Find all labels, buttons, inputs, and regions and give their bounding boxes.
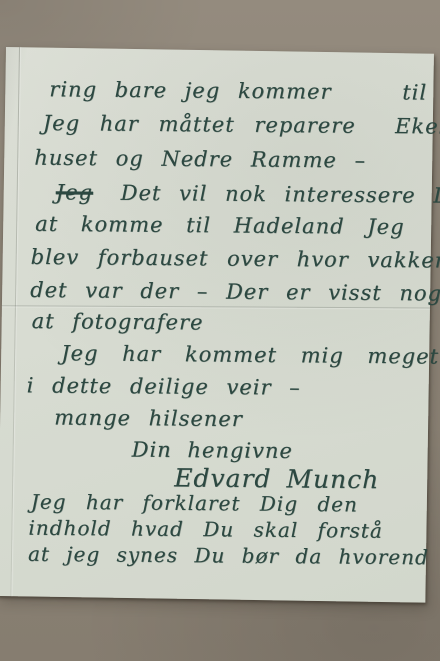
handwriting-text: Jeg har måttet reparere Ekely (43, 111, 440, 139)
handwriting-text: Edvard Munch (174, 463, 379, 494)
handwriting-line: at fotografere (32, 309, 204, 335)
handwriting-text: huset og Nedre Ramme – (34, 146, 366, 173)
handwriting-text: mange hilsener (54, 405, 243, 431)
handwriting-text: Jeg har forklaret Dig den (31, 490, 358, 517)
handwriting-line: at jeg synes Du bør da hvorend (28, 543, 429, 569)
handwriting-text: at fotografere (32, 309, 204, 334)
handwriting-text: det var der – Der er visst noget (30, 278, 440, 306)
handwriting-text: at jeg synes Du bør da hvorend (28, 542, 429, 569)
handwriting-line: Jeg har måttet reparere Ekely (43, 111, 440, 139)
photo-backdrop: ring bare jeg kommer til EkelyJeg har må… (0, 0, 440, 661)
handwriting-text: at komme til Hadeland Jeg (35, 212, 405, 239)
handwriting-line: ring bare jeg kommer til Ekely (49, 77, 440, 105)
handwriting-text: i dette deilige veir – (27, 373, 301, 399)
handwriting-line: mange hilsener (54, 405, 243, 431)
handwriting-text: Din hengivne (132, 438, 293, 463)
handwriting-line: blev forbauset over hvor vakkert (31, 245, 440, 273)
handwriting-text: Det vil nok interessere Dig (103, 181, 440, 208)
handwriting-line: at komme til Hadeland Jeg (35, 212, 405, 239)
handwriting-line: Din hengivne (132, 438, 293, 464)
handwriting-line: indhold hvad Du skal forstå (28, 517, 383, 543)
letter-paper: ring bare jeg kommer til EkelyJeg har må… (0, 47, 434, 603)
fold-crease-horizontal (2, 305, 430, 308)
handwriting-line: Jeg har forklaret Dig den (31, 491, 358, 517)
handwriting-text: blev forbauset over hvor vakkert (31, 245, 440, 273)
handwriting-line: i dette deilige veir – (27, 373, 301, 400)
fold-crease-vertical (10, 47, 20, 596)
handwriting-text: Jeg har kommet mig meget (61, 341, 439, 368)
handwriting-text: ring bare jeg kommer til Ekely (49, 77, 440, 105)
handwriting-line: Jeg Det vil nok interessere Dig (56, 180, 440, 208)
struck-word: Jeg (56, 180, 94, 204)
handwriting-text: indhold hvad Du skal forstå (28, 516, 383, 543)
handwriting-line: Jeg har kommet mig meget (61, 341, 439, 368)
handwriting-line: det var der – Der er visst noget (30, 278, 440, 306)
handwriting-line: huset og Nedre Ramme – (34, 146, 366, 173)
